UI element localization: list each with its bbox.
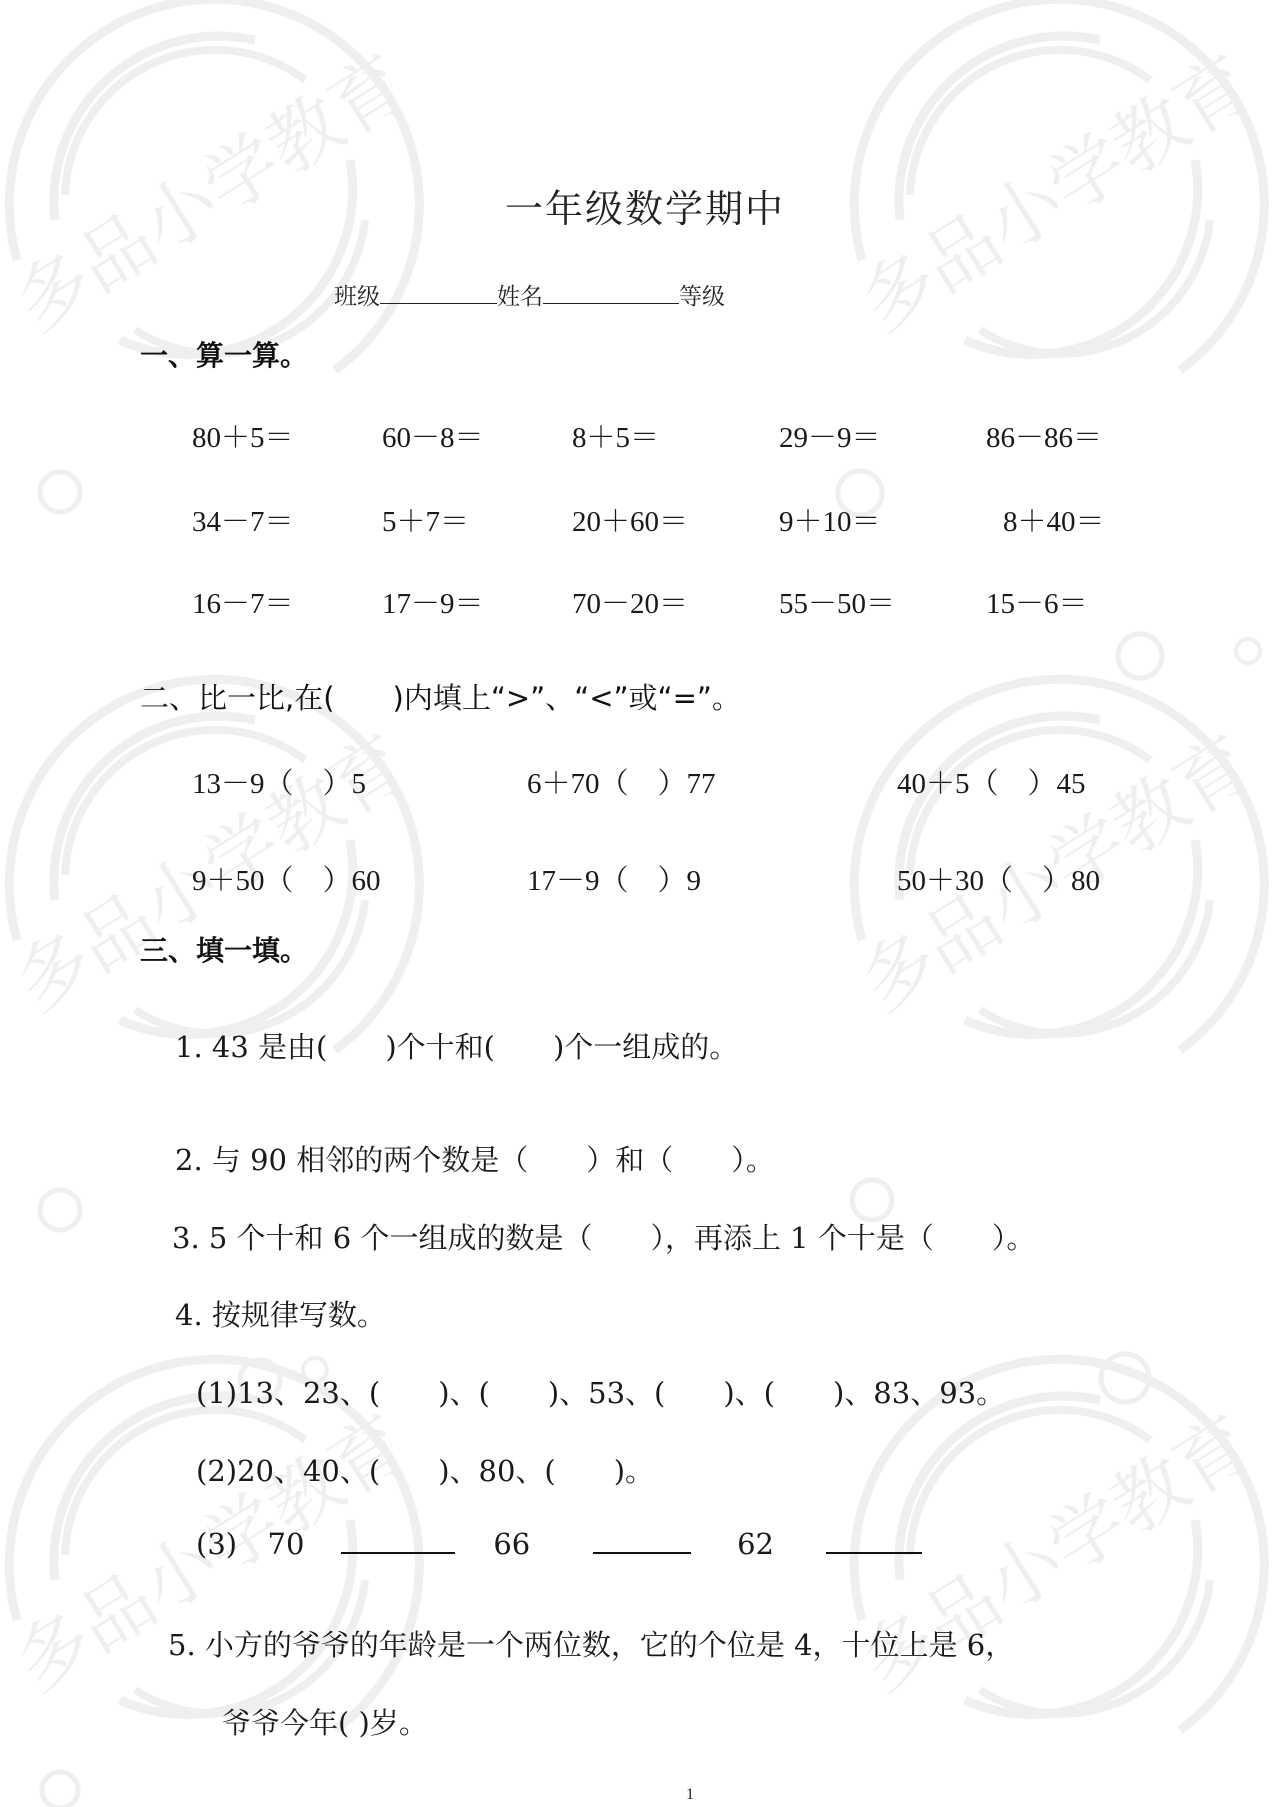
answer-blank[interactable]: [341, 1530, 455, 1554]
compare-problem: 13－9（ ）5: [192, 761, 366, 802]
calc-problem: 55－50＝: [779, 581, 895, 622]
calc-problem: 70－20＝: [572, 581, 688, 622]
student-info-line: 班级姓名等级: [334, 278, 725, 311]
calc-problem: 20＋60＝: [572, 499, 688, 540]
calc-problem: 8＋5＝: [572, 415, 659, 456]
compare-problem: 17－9（ ）9: [527, 858, 701, 899]
calc-problem: 8＋40＝: [1003, 499, 1105, 540]
calc-problem: 80＋5＝: [192, 415, 294, 456]
answer-blank[interactable]: [593, 1530, 691, 1554]
fill-item-5-line2: 爷爷今年( )岁。: [222, 1701, 428, 1742]
sequence-value: 66: [493, 1527, 530, 1561]
name-blank[interactable]: [543, 283, 679, 304]
calc-problem: 60－8＝: [382, 415, 484, 456]
class-blank[interactable]: [380, 283, 497, 304]
sequence-value: 70: [268, 1527, 305, 1561]
section2-heading: 二、比一比,在( )内填上“>”、“<”或“=”。: [140, 676, 741, 717]
compare-problem: 9＋50（ ）60: [192, 858, 381, 899]
calc-problem: 17－9＝: [382, 581, 484, 622]
section1-heading: 一、算一算。: [140, 334, 308, 374]
calc-problem: 16－7＝: [192, 581, 294, 622]
fill-item-5-line1: 5. 小方的爷爷的年龄是一个两位数，它的个位是 4，十位上是 6，: [168, 1623, 1014, 1664]
exam-page: 一年级数学期中 班级姓名等级 一、算一算。 80＋5＝ 60－8＝ 8＋5＝ 2…: [0, 0, 1280, 1807]
sequence-3-prefix: (3): [196, 1527, 237, 1561]
section3-heading: 三、填一填。: [140, 929, 308, 969]
calc-problem: 9＋10＝: [779, 499, 881, 540]
compare-problem: 6＋70（ ）77: [527, 761, 716, 802]
calc-problem: 86－86＝: [986, 415, 1102, 456]
page-number: 1: [686, 1786, 694, 1804]
calc-problem: 15－6＝: [986, 581, 1088, 622]
sequence-value: 62: [737, 1527, 774, 1561]
class-label: 班级: [334, 284, 380, 310]
answer-blank[interactable]: [826, 1530, 922, 1554]
compare-problem: 40＋5（ ）45: [897, 761, 1086, 802]
calc-problem: 29－9＝: [779, 415, 881, 456]
name-label: 姓名: [497, 284, 543, 310]
fill-item-3: 3. 5 个十和 6 个一组成的数是（ ），再添上 1 个十是（ ）。: [172, 1216, 1035, 1257]
compare-problem: 50＋30（ ）80: [897, 858, 1100, 899]
calc-problem: 5＋7＝: [382, 499, 469, 540]
page-title: 一年级数学期中: [505, 178, 785, 233]
pattern-sequence-1: (1)13、23、( )、( )、53、( )、( )、83、93。: [196, 1371, 1005, 1412]
fill-item-1: 1. 43 是由( )个十和( )个一组成的。: [175, 1025, 738, 1066]
grade-label: 等级: [679, 284, 725, 310]
pattern-sequence-3: (3) 70 66 62: [196, 1527, 922, 1561]
calc-problem: 34－7＝: [192, 499, 294, 540]
pattern-sequence-2: (2)20、40、( )、80、( )。: [196, 1449, 654, 1490]
fill-item-2: 2. 与 90 相邻的两个数是（ ）和（ ）。: [175, 1138, 775, 1179]
fill-item-4-label: 4. 按规律写数。: [175, 1293, 386, 1334]
